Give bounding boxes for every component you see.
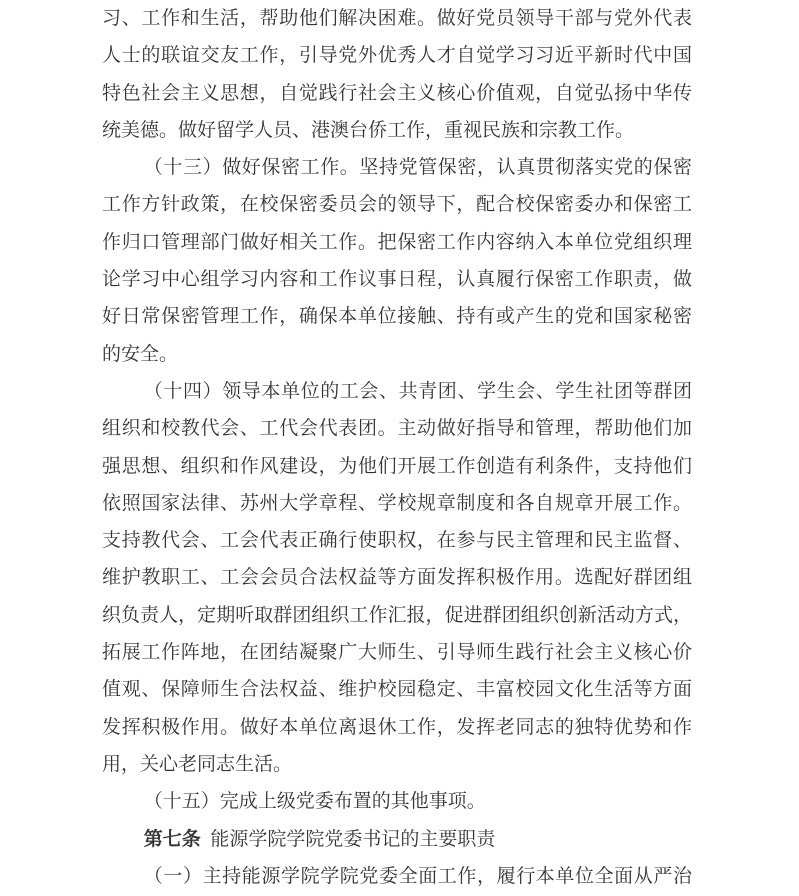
text-segment: （十四）领导本单位的工会、共青团、学生会、学生社团等群团 (144, 381, 692, 402)
text-segment: 工作方针政策，在校保密委员会的领导下，配合校保密委办和保密工 (102, 194, 692, 215)
bold-heading-text: 第七条 (144, 829, 201, 850)
text-segment: 用，关心老同志生活。 (102, 754, 292, 775)
text-line: （十四）领导本单位的工会、共青团、学生会、学生社团等群团 (102, 373, 692, 410)
text-line: 好日常保密管理工作，确保本单位接触、持有或产生的党和国家秘密 (102, 298, 692, 335)
text-line: （十三）做好保密工作。坚持党管保密，认真贯彻落实党的保密 (102, 149, 692, 186)
text-segment: 论学习中心组学习内容和工作议事日程，认真履行保密工作职责，做 (102, 269, 692, 290)
text-segment: 值观、保障师生合法权益、维护校园稳定、丰富校园文化生活等方面 (102, 679, 692, 700)
text-line: 值观、保障师生合法权益、维护校园稳定、丰富校园文化生活等方面 (102, 671, 692, 708)
text-line: （一）主持能源学院学院党委全面工作，履行本单位全面从严治 (102, 858, 692, 895)
document-text-block: 习、工作和生活，帮助他们解决困难。做好党员领导干部与党外代表人士的联谊交友工作，… (102, 0, 692, 895)
text-segment: 好日常保密管理工作，确保本单位接触、持有或产生的党和国家秘密 (102, 306, 692, 327)
text-line: 人士的联谊交友工作，引导党外优秀人才自觉学习习近平新时代中国 (102, 37, 692, 74)
text-segment: 特色社会主义思想，自觉践行社会主义核心价值观，自觉弘扬中华传 (102, 83, 692, 104)
text-segment: （一）主持能源学院学院党委全面工作，履行本单位全面从严治 (144, 866, 692, 887)
text-line: 发挥积极作用。做好本单位离退休工作，发挥老同志的独特优势和作 (102, 709, 692, 746)
text-segment: 支持教代会、工会代表正确行使职权，在参与民主管理和民主监督、 (102, 530, 692, 551)
text-line: （十五）完成上级党委布置的其他事项。 (102, 783, 692, 820)
text-segment: 的安全。 (102, 344, 178, 365)
text-segment: 强思想、组织和作风建设，为他们开展工作创造有利条件，支持他们 (102, 456, 692, 477)
text-line: 维护教职工、工会会员合法权益等方面发挥积极作用。选配好群团组 (102, 559, 692, 596)
text-line: 统美德。做好留学人员、港澳台侨工作，重视民族和宗教工作。 (102, 112, 692, 149)
text-segment: 维护教职工、工会会员合法权益等方面发挥积极作用。选配好群团组 (102, 567, 692, 588)
text-segment: 拓展工作阵地，在团结凝聚广大师生、引导师生践行社会主义核心价 (102, 642, 692, 663)
text-line: 支持教代会、工会代表正确行使职权，在参与民主管理和民主监督、 (102, 522, 692, 559)
text-segment: 统美德。做好留学人员、港澳台侨工作，重视民族和宗教工作。 (102, 120, 634, 141)
text-line: 第七条能源学院学院党委书记的主要职责 (102, 821, 692, 858)
text-line: 用，关心老同志生活。 (102, 746, 692, 783)
text-line: 论学习中心组学习内容和工作议事日程，认真履行保密工作职责，做 (102, 261, 692, 298)
text-segment: 作归口管理部门做好相关工作。把保密工作内容纳入本单位党组织理 (102, 232, 692, 253)
text-segment: 人士的联谊交友工作，引导党外优秀人才自觉学习习近平新时代中国 (102, 45, 692, 66)
text-segment: 发挥积极作用。做好本单位离退休工作，发挥老同志的独特优势和作 (102, 717, 692, 738)
text-segment: 组织和校教代会、工代会代表团。主动做好指导和管理，帮助他们加 (102, 418, 692, 439)
text-segment: （十五）完成上级党委布置的其他事项。 (144, 791, 486, 812)
text-line: 习、工作和生活，帮助他们解决困难。做好党员领导干部与党外代表 (102, 0, 692, 37)
text-segment: 能源学院学院党委书记的主要职责 (210, 829, 495, 850)
text-segment: （十三）做好保密工作。坚持党管保密，认真贯彻落实党的保密 (144, 157, 692, 178)
document-page: 习、工作和生活，帮助他们解决困难。做好党员领导干部与党外代表人士的联谊交友工作，… (0, 0, 799, 896)
text-line: 特色社会主义思想，自觉践行社会主义核心价值观，自觉弘扬中华传 (102, 75, 692, 112)
text-segment: 习、工作和生活，帮助他们解决困难。做好党员领导干部与党外代表 (102, 8, 692, 29)
text-line: 作归口管理部门做好相关工作。把保密工作内容纳入本单位党组织理 (102, 224, 692, 261)
text-segment: 织负责人，定期听取群团组织工作汇报，促进群团组织创新活动方式， (102, 605, 692, 626)
text-line: 的安全。 (102, 336, 692, 373)
text-segment: 依照国家法律、苏州大学章程、学校规章制度和各自规章开展工作。 (102, 493, 692, 514)
text-line: 拓展工作阵地，在团结凝聚广大师生、引导师生践行社会主义核心价 (102, 634, 692, 671)
text-line: 依照国家法律、苏州大学章程、学校规章制度和各自规章开展工作。 (102, 485, 692, 522)
text-line: 工作方针政策，在校保密委员会的领导下，配合校保密委办和保密工 (102, 186, 692, 223)
text-line: 强思想、组织和作风建设，为他们开展工作创造有利条件，支持他们 (102, 448, 692, 485)
text-line: 织负责人，定期听取群团组织工作汇报，促进群团组织创新活动方式， (102, 597, 692, 634)
text-line: 组织和校教代会、工代会代表团。主动做好指导和管理，帮助他们加 (102, 410, 692, 447)
